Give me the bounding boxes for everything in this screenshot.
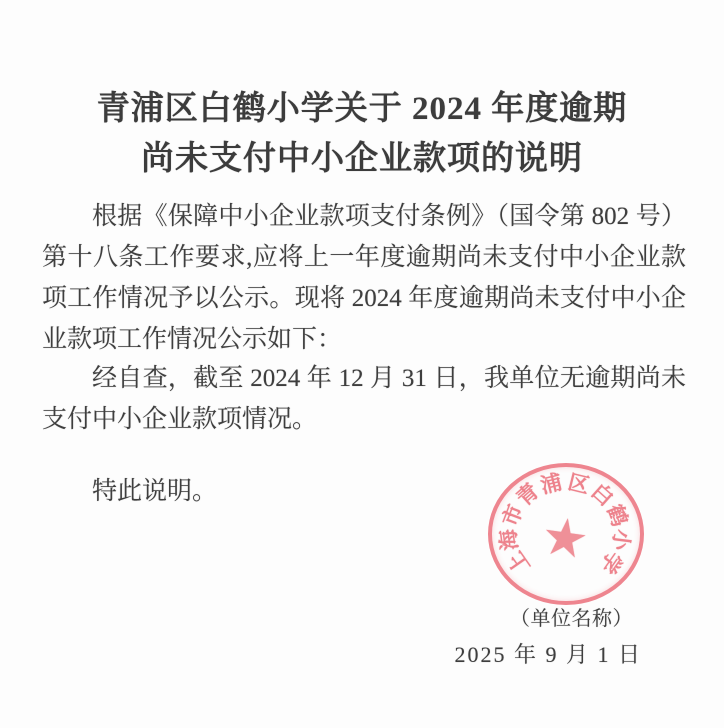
paragraph-2: 经自查，截至 2024 年 12 月 31 日，我单位无逾期尚未 支付中小企业款… — [42, 358, 686, 440]
seal-arc-char: 海 — [492, 527, 524, 552]
seal-star-icon: ★ — [538, 506, 593, 572]
paragraph-1: 根据《保障中小企业款项支付条例》（国令第 802 号） 第十八条工作要求,应将上… — [42, 196, 686, 360]
unit-name-label: （单位名称） — [510, 602, 633, 631]
seal-arc-char: 上 — [500, 546, 537, 580]
seal-arc-char: 小 — [605, 527, 637, 552]
document-page: 青浦区白鹤小学关于 2024 年度逾期 尚未支付中小企业款项的说明 根据《保障中… — [0, 0, 724, 728]
paragraph-1-line-2: 第十八条工作要求,应将上一年度逾期尚未支付中小企业款 — [42, 237, 686, 278]
document-title-line-2: 尚未支付中小企业款项的说明 — [0, 132, 724, 179]
document-date: 2025 年 9 月 1 日 — [454, 638, 642, 669]
paragraph-2-line-2: 支付中小企业款项情况。 — [42, 399, 686, 440]
seal-arc-char: 学 — [593, 546, 630, 580]
paragraph-1-line-1: 根据《保障中小企业款项支付条例》（国令第 802 号） — [42, 196, 686, 237]
closing-statement-block: 特此说明。 — [42, 471, 686, 512]
paragraph-2-line-1: 经自查，截至 2024 年 12 月 31 日，我单位无逾期尚未 — [42, 358, 686, 399]
paragraph-1-line-4: 业款项工作情况公示如下： — [42, 319, 686, 360]
document-title-line-1: 青浦区白鹤小学关于 2024 年度逾期 — [0, 82, 724, 129]
paragraph-1-line-3: 项工作情况予以公示。现将 2024 年度逾期尚未支付中小企 — [42, 278, 686, 319]
closing-statement: 特此说明。 — [42, 471, 686, 512]
